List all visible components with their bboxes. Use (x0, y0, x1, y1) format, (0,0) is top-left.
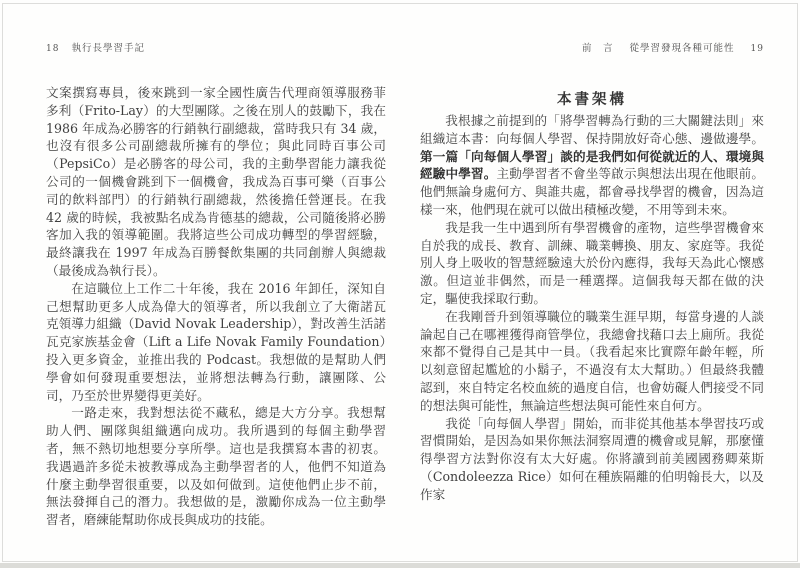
left-running-title: 執行長學習手記 (71, 40, 145, 54)
right-page-number: 19 (751, 44, 764, 54)
section-title: 本書架構 (420, 88, 764, 109)
left-page-number: 18 (46, 44, 59, 54)
left-running-head: 18 執行長學習手記 (46, 40, 386, 54)
paragraph: 在我剛晉升到領導職位的職業生涯早期，每當身邊的人談論起自己在哪裡獲得商管學位，我… (420, 308, 764, 415)
paragraph: 我從「向每個人學習」開始，而非從其他基本學習技巧或習慣開始，是因為如果你無法洞察… (420, 415, 764, 504)
right-body-text: 我根據之前提到的「將學習轉為行動的三大關鍵法則」來組織這本書：向每個人學習、保持… (420, 112, 764, 504)
paragraph: 一路走來，我對想法從不藏私，總是大方分享。我想幫助人們、團隊與組織邁向成功。我所… (46, 404, 386, 529)
right-running-head: 前 言 從學習發現各種可能性 19 (420, 40, 764, 54)
left-page: 18 執行長學習手記 文案撰寫專員，後來跳到一家全國性廣告代理商領導服務菲多利（… (46, 0, 386, 568)
paragraph-segment: 我根據之前提到的「將學習轉為行動的三大關鍵法則」來組織這本書：向每個人學習、保持… (420, 113, 764, 146)
paragraph: 在這職位上工作二十年後，我在 2016 年卸任，深知自己想幫助更多人成為偉大的領… (46, 280, 386, 405)
right-running-title: 從學習發現各種可能性 (630, 40, 735, 54)
left-body-text: 文案撰寫專員，後來跳到一家全國性廣告代理商領導服務菲多利（Frito-Lay）的… (46, 84, 386, 529)
scan-bottom-edge (0, 563, 800, 568)
right-running-chapter: 前 言 (582, 40, 614, 54)
right-page: 前 言 從學習發現各種可能性 19 本書架構 我根據之前提到的「將學習轉為行動的… (420, 0, 764, 568)
paragraph: 我是我一生中遇到所有學習機會的產物，這些學習機會來自於我的成長、教育、訓練、職業… (420, 219, 764, 308)
book-scan: 18 執行長學習手記 文案撰寫專員，後來跳到一家全國性廣告代理商領導服務菲多利（… (0, 0, 800, 568)
paragraph: 我根據之前提到的「將學習轉為行動的三大關鍵法則」來組織這本書：向每個人學習、保持… (420, 112, 764, 219)
paragraph: 文案撰寫專員，後來跳到一家全國性廣告代理商領導服務菲多利（Frito-Lay）的… (46, 84, 386, 280)
